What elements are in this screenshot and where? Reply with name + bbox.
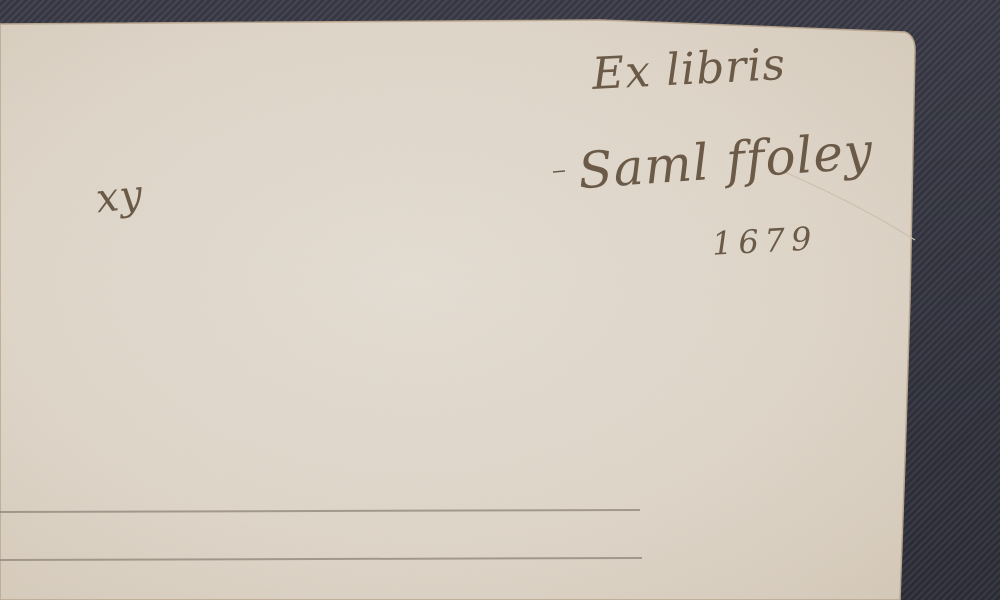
paper-shape xyxy=(0,0,1000,600)
paper-leaf: Ex libris Saml ffoley 1679 xy xyxy=(0,0,1000,600)
shelf-mark: xy xyxy=(94,172,146,223)
ex-libris-text: Ex libris xyxy=(591,39,787,100)
inscription-year: 1679 xyxy=(711,219,818,262)
ink-dash xyxy=(553,171,565,172)
